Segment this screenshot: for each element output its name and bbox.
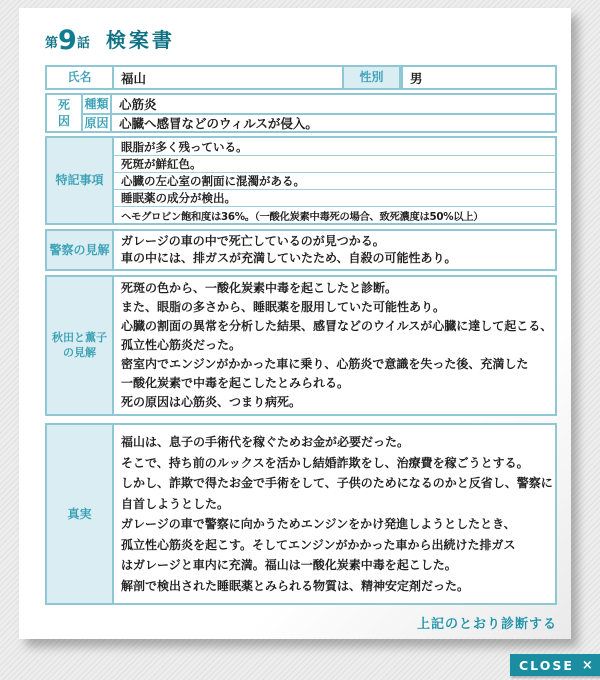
- episode-number: 9: [58, 25, 77, 56]
- text-line: 孤立性心筋炎だった。: [121, 336, 555, 355]
- text-line: 孤立性心筋炎を起こす。そしてエンジンがかかった車から出続けた排ガス: [121, 535, 555, 556]
- text-line: 密室内でエンジンがかかった車に乗り、心筋炎で意識を失った後、充満した: [121, 355, 555, 374]
- sex-value: 男: [401, 67, 555, 88]
- text-line: 福山は、息子の手術代を稼ぐためお金が必要だった。: [121, 432, 555, 453]
- report-table: 氏名 福山 性別 男 死因 種類 心筋炎 原因 心臓へ感冒などのウィルス: [45, 65, 557, 605]
- close-button-label: CLOSE: [519, 658, 574, 673]
- text-line: 死の原因は心筋炎、つまり病死。: [121, 393, 555, 412]
- cause-origin-label: 原因: [83, 115, 112, 131]
- special-notes-row: 特記事項 眼脂が多く残っている。 死斑が鮮紅色。 心臓の左心室の割面に混濁がある…: [45, 136, 557, 225]
- cause-type-row: 種類 心筋炎: [83, 95, 555, 113]
- cause-of-death-label: 死因: [47, 95, 83, 131]
- episode-suffix: 話: [77, 36, 90, 51]
- text-line: 車の中には、排ガスが充満していたため、自殺の可能性あり。: [121, 250, 555, 267]
- text-line: 一酸化炭素で中毒を起こしたとみられる。: [121, 374, 555, 393]
- name-value: 福山: [114, 67, 342, 88]
- text-line: はガレージと車内に充満。福山は一酸化炭素中毒を起こした。: [121, 555, 555, 576]
- text-line: 解剖で検出された睡眠薬とみられる物質は、精神安定剤だった。: [121, 576, 555, 597]
- text-line: ガレージの車で警察に向かうためエンジンをかけ発進しようとしたとき、: [121, 514, 555, 535]
- diagnosis-note: 上記のとおり診断する: [45, 613, 557, 632]
- text-line: 自首しようとした。: [121, 494, 555, 515]
- text-line: そこで、持ち前のルックスを活かし結婚詐欺をし、治療費を稼ごうとする。: [121, 453, 555, 474]
- police-view-text: ガレージの車の中で死亡しているのが見つかる。 車の中には、排ガスが充満していたた…: [114, 231, 555, 269]
- truth-row: 真実 福山は、息子の手術代を稼ぐためお金が必要だった。 そこで、持ち前のルックス…: [45, 423, 557, 605]
- report-paper: 第9話検案書 氏名 福山 性別 男 死因 種類 心筋炎: [19, 8, 571, 639]
- special-note-item: 死斑が鮮紅色。: [114, 155, 555, 172]
- name-label: 氏名: [47, 67, 114, 88]
- cause-of-death-row: 死因 種類 心筋炎 原因 心臓へ感冒などのウィルスが侵入。: [45, 93, 557, 133]
- report-screen: 第9話検案書 氏名 福山 性別 男 死因 種類 心筋炎: [0, 0, 600, 680]
- close-button[interactable]: CLOSE ×: [510, 654, 600, 676]
- episode-prefix: 第: [45, 36, 58, 51]
- special-note-item: ヘモグロビン飽和度は36%。（一酸化炭素中毒死の場合、致死濃度は50%以上）: [114, 206, 555, 223]
- page-title: 第9話検案書: [19, 8, 571, 65]
- text-line: ガレージの車の中で死亡しているのが見つかる。: [121, 233, 555, 250]
- cause-type-label: 種類: [83, 95, 112, 113]
- cause-of-death-detail: 種類 心筋炎 原因 心臓へ感冒などのウィルスが侵入。: [83, 95, 555, 131]
- text-line: 心臓の割面の異常を分析した結果、感冒などのウイルスが心臓に達して起こる、: [121, 317, 555, 336]
- cause-origin-row: 原因 心臓へ感冒などのウィルスが侵入。: [83, 113, 555, 131]
- police-view-label: 警察の見解: [47, 231, 114, 269]
- truth-text: 福山は、息子の手術代を稼ぐためお金が必要だった。 そこで、持ち前のルックスを活か…: [114, 425, 555, 603]
- akita-view-label: 秋田と薫子の見解: [47, 277, 114, 414]
- text-line: しかし、詐欺で得たお金で手術をして、子供のためになるのかと反省し、警察に: [121, 473, 555, 494]
- text-line: また、眼脂の多さから、睡眠薬を服用していた可能性あり。: [121, 298, 555, 317]
- name-row: 氏名 福山 性別 男: [45, 65, 557, 90]
- special-note-item: 心臓の左心室の割面に混濁がある。: [114, 172, 555, 189]
- akita-view-row: 秋田と薫子の見解 死斑の色から、一酸化炭素中毒を起こしたと診断。 また、眼脂の多…: [45, 275, 557, 416]
- close-icon: ×: [582, 658, 593, 673]
- cause-type-value: 心筋炎: [112, 95, 555, 113]
- akita-view-text: 死斑の色から、一酸化炭素中毒を起こしたと診断。 また、眼脂の多さから、睡眠薬を服…: [114, 277, 555, 414]
- special-notes-label: 特記事項: [47, 138, 114, 223]
- sex-label: 性別: [342, 67, 401, 88]
- text-line: 死斑の色から、一酸化炭素中毒を起こしたと診断。: [121, 279, 555, 298]
- truth-label: 真実: [47, 425, 114, 603]
- document-title: 検案書: [106, 28, 175, 52]
- cause-origin-value: 心臓へ感冒などのウィルスが侵入。: [112, 115, 555, 131]
- special-note-item: 眼脂が多く残っている。: [114, 138, 555, 155]
- special-notes-list: 眼脂が多く残っている。 死斑が鮮紅色。 心臓の左心室の割面に混濁がある。 睡眠薬…: [114, 138, 555, 223]
- special-note-item: 睡眠薬の成分が検出。: [114, 189, 555, 206]
- police-view-row: 警察の見解 ガレージの車の中で死亡しているのが見つかる。 車の中には、排ガスが充…: [45, 229, 557, 271]
